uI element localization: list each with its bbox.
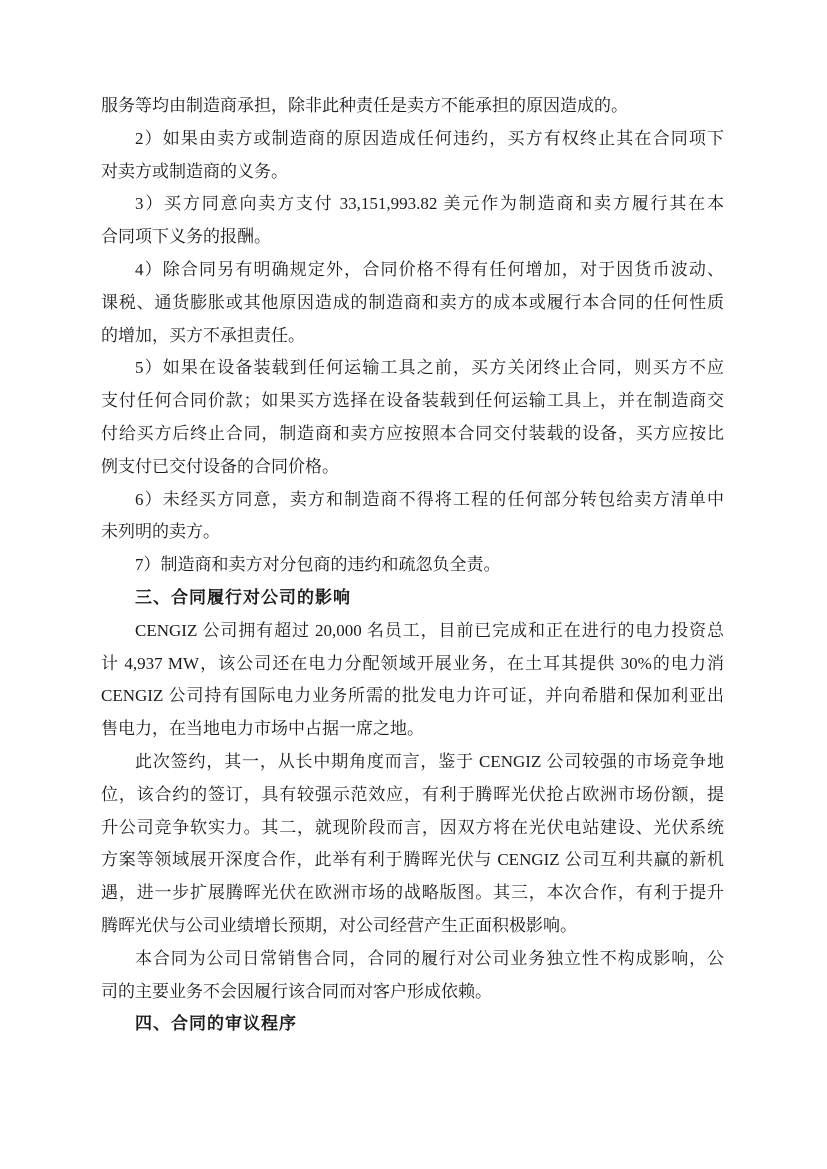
document-line: 6）未经买方同意，卖方和制造商不得将工程的任何部分转包给卖方清单中: [101, 484, 724, 517]
document-line: 位，该合约的签订，具有较强示范效应，有利于腾晖光伏抢占欧洲市场份额，提: [101, 779, 724, 812]
document-page: 服务等均由制造商承担，除非此种责任是卖方不能承担的原因造成的。2）如果由卖方或制…: [0, 0, 827, 1169]
document-line: 此次签约，其一，从长中期角度而言，鉴于 CENGIZ 公司较强的市场竞争地: [101, 746, 724, 779]
document-line: 3）买方同意向卖方支付 33,151,993.82 美元作为制造商和卖方履行其在…: [101, 188, 724, 221]
document-line: 对卖方或制造商的义务。: [101, 156, 724, 189]
document-line: 合同项下义务的报酬。: [101, 221, 724, 254]
document-line: CENGIZ 公司持有国际电力业务所需的批发电力许可证，并向希腊和保加利亚出: [101, 680, 724, 713]
document-line: 支付任何合同价款；如果买方选择在设备装载到任何运输工具上，并在制造商交: [101, 385, 724, 418]
document-line: 5）如果在设备装载到任何运输工具之前，买方关闭终止合同，则买方不应: [101, 352, 724, 385]
document-line: 2）如果由卖方或制造商的原因造成任何违约，买方有权终止其在合同项下: [101, 123, 724, 156]
document-line: 腾晖光伏与公司业绩增长预期，对公司经营产生正面积极影响。: [101, 910, 724, 943]
document-line: 4）除合同另有明确规定外，合同价格不得有任何增加，对于因货币波动、: [101, 254, 724, 287]
document-line: 升公司竞争软实力。其二，就现阶段而言，因双方将在光伏电站建设、光伏系统: [101, 812, 724, 845]
document-line: 课税、通货膨胀或其他原因造成的制造商和卖方的成本或履行本合同的任何性质: [101, 287, 724, 320]
document-line: 计 4,937 MW，该公司还在电力分配领域开展业务，在土耳其提供 30%的电力…: [101, 648, 724, 681]
section-heading: 四、合同的审议程序: [101, 1008, 724, 1041]
document-line: 司的主要业务不会因履行该合同而对客户形成依赖。: [101, 976, 724, 1009]
document-body: 服务等均由制造商承担，除非此种责任是卖方不能承担的原因造成的。2）如果由卖方或制…: [101, 90, 724, 1041]
document-line: 的增加，买方不承担责任。: [101, 320, 724, 353]
document-line: 例支付已交付设备的合同价格。: [101, 451, 724, 484]
document-line: 未列明的卖方。: [101, 516, 724, 549]
section-heading: 三、合同履行对公司的影响: [101, 582, 724, 615]
document-line: 售电力，在当地电力市场中占据一席之地。: [101, 713, 724, 746]
document-line: 本合同为公司日常销售合同，合同的履行对公司业务独立性不构成影响，公: [101, 943, 724, 976]
document-line: 遇，进一步扩展腾晖光伏在欧洲市场的战略版图。其三，本次合作，有利于提升: [101, 877, 724, 910]
document-line: 7）制造商和卖方对分包商的违约和疏忽负全责。: [101, 549, 724, 582]
document-line: 付给买方后终止合同，制造商和卖方应按照本合同交付装载的设备，买方应按比: [101, 418, 724, 451]
document-line: 方案等领域展开深度合作，此举有利于腾晖光伏与 CENGIZ 公司互利共赢的新机: [101, 844, 724, 877]
document-line: 服务等均由制造商承担，除非此种责任是卖方不能承担的原因造成的。: [101, 90, 724, 123]
document-line: CENGIZ 公司拥有超过 20,000 名员工，目前已完成和正在进行的电力投资…: [101, 615, 724, 648]
